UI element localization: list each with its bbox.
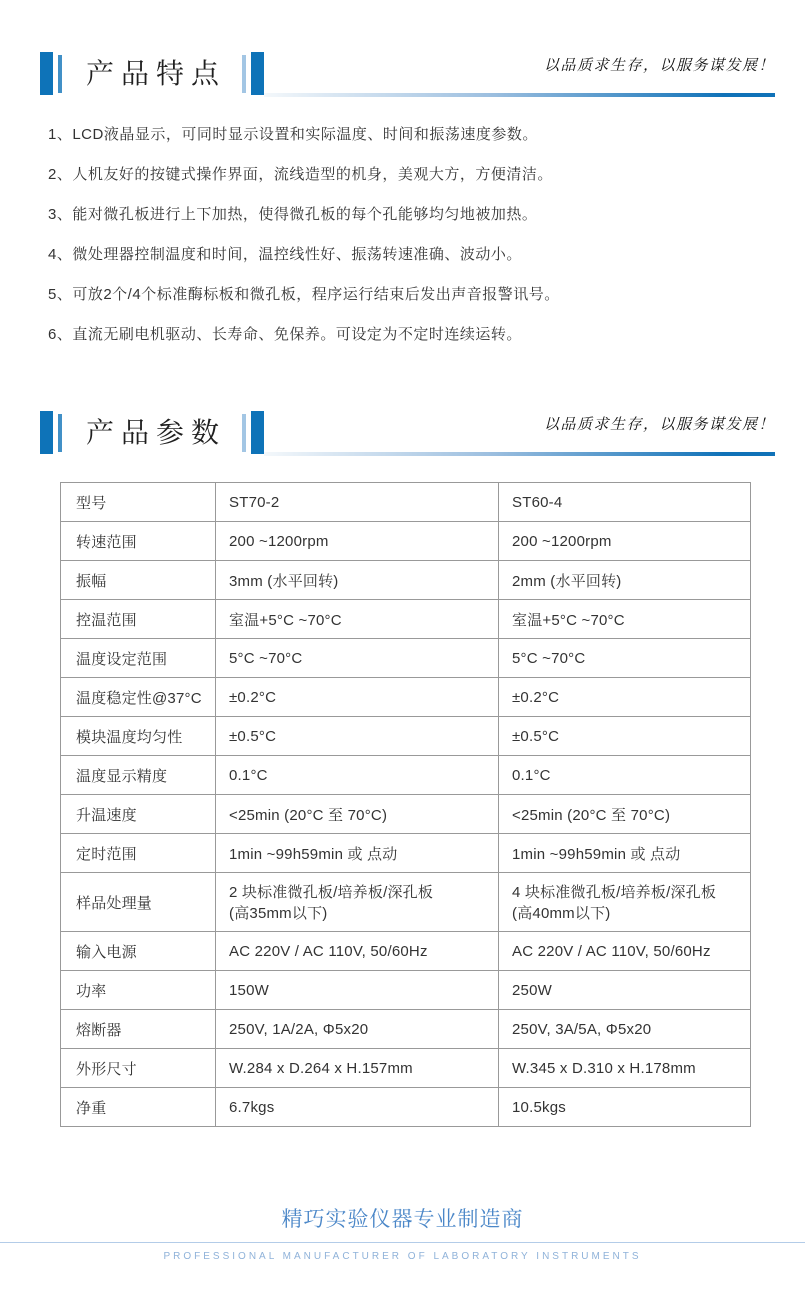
spec-row-temp-uniformity: 模块温度均匀性 ±0.5°C ±0.5°C bbox=[61, 717, 751, 756]
header-underline bbox=[264, 452, 775, 456]
spec-value-st60-4: 4 块标准微孔板/培养板/深孔板 (高40mm以下) bbox=[499, 873, 751, 932]
spec-row-display-accuracy: 温度显示精度 0.1°C 0.1°C bbox=[61, 756, 751, 795]
spec-value-st70-2: ST70-2 bbox=[216, 483, 499, 522]
spec-value-st70-2: 室温+5°C ~70°C bbox=[216, 600, 499, 639]
accent-bar-thick-right bbox=[251, 52, 264, 95]
spec-row-sample-capacity: 样品处理量 2 块标准微孔板/培养板/深孔板 (高35mm以下) 4 块标准微孔… bbox=[61, 873, 751, 932]
spec-label: 外形尺寸 bbox=[61, 1049, 216, 1088]
spec-row-input-power: 输入电源 AC 220V / AC 110V, 50/60Hz AC 220V … bbox=[61, 932, 751, 971]
spec-label: 温度稳定性@37°C bbox=[61, 678, 216, 717]
spec-row-heating-speed: 升温速度 <25min (20°C 至 70°C) <25min (20°C 至… bbox=[61, 795, 751, 834]
spec-value-st70-2: 0.1°C bbox=[216, 756, 499, 795]
spec-label: 振幅 bbox=[61, 561, 216, 600]
spec-value-st60-4: <25min (20°C 至 70°C) bbox=[499, 795, 751, 834]
accent-bar-thick-right bbox=[251, 411, 264, 454]
footer-company-tagline: 精巧实验仪器专业制造商 bbox=[0, 1203, 805, 1233]
header-underline bbox=[264, 93, 775, 97]
features-section-title: 产品特点 bbox=[86, 52, 226, 95]
spec-row-timer-range: 定时范围 1min ~99h59min 或 点动 1min ~99h59min … bbox=[61, 834, 751, 873]
spec-row-model: 型号 ST70-2 ST60-4 bbox=[61, 483, 751, 522]
spec-value-st60-4: ST60-4 bbox=[499, 483, 751, 522]
spec-value-st70-2: 250V, 1A/2A, Φ5x20 bbox=[216, 1010, 499, 1049]
feature-item: 4、微处理器控制温度和时间，温控线性好、振荡转速准确、波动小。 bbox=[48, 233, 775, 273]
spec-label: 熔断器 bbox=[61, 1010, 216, 1049]
features-header-right: 以品质求生存，以服务谋发展！ bbox=[264, 50, 775, 97]
accent-bar-thin-right bbox=[242, 414, 246, 452]
spec-row-power: 功率 150W 250W bbox=[61, 971, 751, 1010]
spec-label: 样品处理量 bbox=[61, 873, 216, 932]
spec-value-st70-2: 5°C ~70°C bbox=[216, 639, 499, 678]
spec-label: 型号 bbox=[61, 483, 216, 522]
features-section-header: 产品特点 以品质求生存，以服务谋发展！ bbox=[40, 50, 775, 97]
spec-row-temp-stability: 温度稳定性@37°C ±0.2°C ±0.2°C bbox=[61, 678, 751, 717]
spec-value-st70-2: W.284 x D.264 x H.157mm bbox=[216, 1049, 499, 1088]
spec-row-temp-control-range: 控温范围 室温+5°C ~70°C 室温+5°C ~70°C bbox=[61, 600, 751, 639]
footer-company-tagline-en: PROFESSIONAL MANUFACTURER OF LABORATORY … bbox=[0, 1251, 805, 1262]
spec-value-st60-4: 室温+5°C ~70°C bbox=[499, 600, 751, 639]
spec-value-st70-2: AC 220V / AC 110V, 50/60Hz bbox=[216, 932, 499, 971]
spec-row-fuse: 熔断器 250V, 1A/2A, Φ5x20 250V, 3A/5A, Φ5x2… bbox=[61, 1010, 751, 1049]
spec-table: 型号 ST70-2 ST60-4 转速范围 200 ~1200rpm 200 ~… bbox=[60, 482, 751, 1127]
spec-label: 功率 bbox=[61, 971, 216, 1010]
spec-value-st60-4: 250W bbox=[499, 971, 751, 1010]
page-footer: 精巧实验仪器专业制造商 PROFESSIONAL MANUFACTURER OF… bbox=[0, 1203, 805, 1262]
features-title-group: 产品特点 bbox=[40, 50, 264, 97]
accent-bar-thin-left bbox=[58, 414, 62, 452]
params-section-header: 产品参数 以品质求生存，以服务谋发展！ bbox=[40, 409, 775, 456]
content-area: 产品特点 以品质求生存，以服务谋发展！ 1、LCD液晶显示，可同时显示设置和实际… bbox=[0, 0, 805, 1127]
spec-label: 模块温度均匀性 bbox=[61, 717, 216, 756]
spec-value-st60-4: 250V, 3A/5A, Φ5x20 bbox=[499, 1010, 751, 1049]
spec-value-st60-4: 0.1°C bbox=[499, 756, 751, 795]
spec-value-st70-2: 1min ~99h59min 或 点动 bbox=[216, 834, 499, 873]
spec-row-speed-range: 转速范围 200 ~1200rpm 200 ~1200rpm bbox=[61, 522, 751, 561]
spec-value-st70-2: 2 块标准微孔板/培养板/深孔板 (高35mm以下) bbox=[216, 873, 499, 932]
spec-value-st60-4: 5°C ~70°C bbox=[499, 639, 751, 678]
accent-bar-thin-left bbox=[58, 55, 62, 93]
spec-value-st70-2: 6.7kgs bbox=[216, 1088, 499, 1127]
spec-value-st70-2: ±0.2°C bbox=[216, 678, 499, 717]
spec-row-net-weight: 净重 6.7kgs 10.5kgs bbox=[61, 1088, 751, 1127]
spec-value-st60-4: AC 220V / AC 110V, 50/60Hz bbox=[499, 932, 751, 971]
spec-label: 升温速度 bbox=[61, 795, 216, 834]
feature-item: 5、可放2个/4个标准酶标板和微孔板，程序运行结束后发出声音报警讯号。 bbox=[48, 273, 775, 313]
feature-list: 1、LCD液晶显示，可同时显示设置和实际温度、时间和振荡速度参数。 2、人机友好… bbox=[40, 113, 775, 353]
spec-label: 输入电源 bbox=[61, 932, 216, 971]
feature-item: 2、人机友好的按键式操作界面，流线造型的机身，美观大方，方便清洁。 bbox=[48, 153, 775, 193]
feature-item: 6、直流无刷电机驱动、长寿命、免保养。可设定为不定时连续运转。 bbox=[48, 313, 775, 353]
spec-row-amplitude: 振幅 3mm (水平回转) 2mm (水平回转) bbox=[61, 561, 751, 600]
spec-value-st70-2: 150W bbox=[216, 971, 499, 1010]
spec-label: 净重 bbox=[61, 1088, 216, 1127]
params-section-title: 产品参数 bbox=[86, 411, 226, 454]
spec-row-dimensions: 外形尺寸 W.284 x D.264 x H.157mm W.345 x D.3… bbox=[61, 1049, 751, 1088]
spec-label: 转速范围 bbox=[61, 522, 216, 561]
spec-value-st60-4: ±0.5°C bbox=[499, 717, 751, 756]
params-header-right: 以品质求生存，以服务谋发展！ bbox=[264, 409, 775, 456]
spec-value-st60-4: 1min ~99h59min 或 点动 bbox=[499, 834, 751, 873]
product-sheet-page: 产品特点 以品质求生存，以服务谋发展！ 1、LCD液晶显示，可同时显示设置和实际… bbox=[0, 0, 805, 1292]
spec-value-st60-4: ±0.2°C bbox=[499, 678, 751, 717]
spec-value-st60-4: 200 ~1200rpm bbox=[499, 522, 751, 561]
company-slogan: 以品质求生存，以服务谋发展！ bbox=[544, 409, 775, 434]
company-slogan: 以品质求生存，以服务谋发展！ bbox=[544, 50, 775, 75]
spec-value-st60-4: W.345 x D.310 x H.178mm bbox=[499, 1049, 751, 1088]
spec-value-st70-2: ±0.5°C bbox=[216, 717, 499, 756]
spec-value-st60-4: 2mm (水平回转) bbox=[499, 561, 751, 600]
spec-value-st70-2: 200 ~1200rpm bbox=[216, 522, 499, 561]
footer-divider bbox=[0, 1242, 805, 1243]
accent-bar-thick-left bbox=[40, 411, 53, 454]
spec-label: 定时范围 bbox=[61, 834, 216, 873]
spec-value-st70-2: <25min (20°C 至 70°C) bbox=[216, 795, 499, 834]
spec-label: 控温范围 bbox=[61, 600, 216, 639]
params-title-group: 产品参数 bbox=[40, 409, 264, 456]
spec-row-temp-setting-range: 温度设定范围 5°C ~70°C 5°C ~70°C bbox=[61, 639, 751, 678]
feature-item: 1、LCD液晶显示，可同时显示设置和实际温度、时间和振荡速度参数。 bbox=[48, 113, 775, 153]
spec-label: 温度设定范围 bbox=[61, 639, 216, 678]
spec-label: 温度显示精度 bbox=[61, 756, 216, 795]
spec-value-st70-2: 3mm (水平回转) bbox=[216, 561, 499, 600]
feature-item: 3、能对微孔板进行上下加热，使得微孔板的每个孔能够均匀地被加热。 bbox=[48, 193, 775, 233]
accent-bar-thick-left bbox=[40, 52, 53, 95]
accent-bar-thin-right bbox=[242, 55, 246, 93]
spec-value-st60-4: 10.5kgs bbox=[499, 1088, 751, 1127]
